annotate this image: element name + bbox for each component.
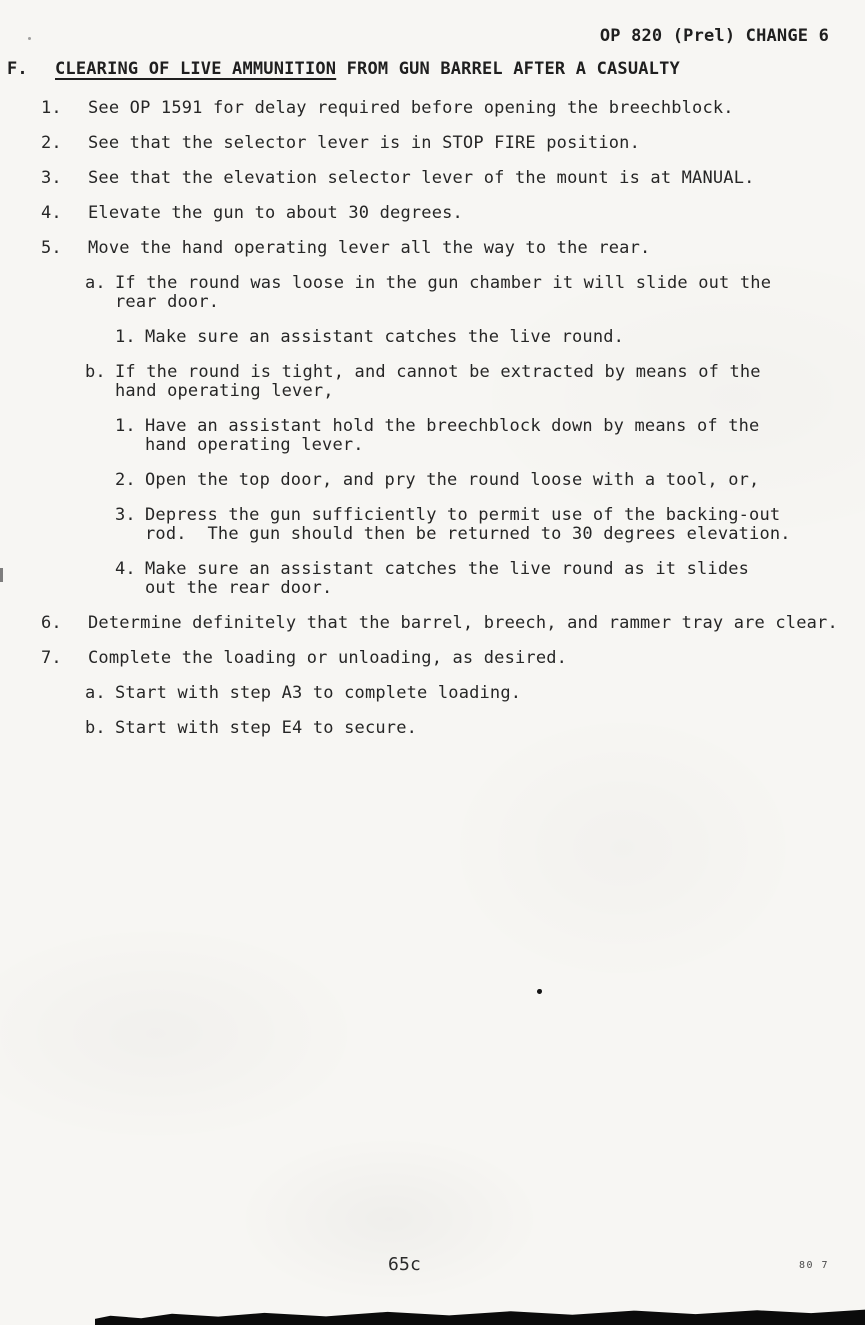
list-item-7a: a. Start with step A3 to complete loadin… — [0, 684, 865, 703]
list-item-7: 7. Complete the loading or unloading, as… — [0, 649, 865, 668]
item-number: 4. — [115, 560, 145, 579]
item-number: 2. — [41, 134, 88, 153]
list-item-5a: a. If the round was loose in the gun cha… — [0, 274, 865, 312]
list-item-5: 5. Move the hand operating lever all the… — [0, 239, 865, 258]
list-item-7b: b. Start with step E4 to secure. — [0, 719, 865, 738]
procedure-list: 1. See OP 1591 for delay required before… — [0, 99, 865, 754]
item-text: If the round is tight, and cannot be ext… — [115, 363, 761, 401]
section-heading: F. CLEARING OF LIVE AMMUNITION FROM GUN … — [7, 60, 680, 79]
bottom-scan-bar-artifact — [95, 1309, 865, 1325]
section-letter: F. — [7, 60, 55, 79]
item-text: Start with step A3 to complete loading. — [115, 684, 521, 703]
list-item-5a1: 1. Make sure an assistant catches the li… — [0, 328, 865, 347]
item-number: 2. — [115, 471, 145, 490]
item-number: 5. — [41, 239, 88, 258]
scanned-manual-page: { "header": { "doc_ref": "OP 820 (Prel) … — [0, 0, 865, 1325]
item-text: Have an assistant hold the breechblock d… — [145, 417, 759, 455]
list-item-2: 2. See that the selector lever is in STO… — [0, 134, 865, 153]
item-number: 7. — [41, 649, 88, 668]
print-code: 80 7 — [799, 1256, 829, 1275]
doc-reference: OP 820 (Prel) CHANGE 6 — [600, 27, 829, 46]
ink-dot-artifact — [537, 989, 542, 994]
item-text: Move the hand operating lever all the wa… — [88, 239, 650, 258]
list-item-1: 1. See OP 1591 for delay required before… — [0, 99, 865, 118]
list-item-5b3: 3. Depress the gun sufficiently to permi… — [0, 506, 865, 544]
item-text: See OP 1591 for delay required before op… — [88, 99, 734, 118]
item-number: 3. — [115, 506, 145, 525]
item-text: Determine definitely that the barrel, br… — [88, 614, 838, 633]
list-item-5b1: 1. Have an assistant hold the breechbloc… — [0, 417, 865, 455]
page-number: 65c — [388, 1255, 421, 1274]
item-number: 3. — [41, 169, 88, 188]
section-title: CLEARING OF LIVE AMMUNITION FROM GUN BAR… — [55, 60, 680, 79]
list-item-6: 6. Determine definitely that the barrel,… — [0, 614, 865, 633]
list-item-5b4: 4. Make sure an assistant catches the li… — [0, 560, 865, 598]
item-number: 1. — [41, 99, 88, 118]
item-text: Make sure an assistant catches the live … — [145, 560, 749, 598]
item-text: If the round was loose in the gun chambe… — [115, 274, 771, 312]
item-letter: a. — [85, 274, 115, 293]
item-text: Open the top door, and pry the round loo… — [145, 471, 759, 490]
item-letter: a. — [85, 684, 115, 703]
scan-edge-artifact — [0, 568, 3, 582]
item-text: See that the elevation selector lever of… — [88, 169, 755, 188]
item-text: Depress the gun sufficiently to permit u… — [145, 506, 791, 544]
item-number: 1. — [115, 328, 145, 347]
list-item-4: 4. Elevate the gun to about 30 degrees. — [0, 204, 865, 223]
item-text: Elevate the gun to about 30 degrees. — [88, 204, 463, 223]
list-item-5b2: 2. Open the top door, and pry the round … — [0, 471, 865, 490]
item-text: Make sure an assistant catches the live … — [145, 328, 624, 347]
item-letter: b. — [85, 719, 115, 738]
list-item-5b: b. If the round is tight, and cannot be … — [0, 363, 865, 401]
item-letter: b. — [85, 363, 115, 382]
item-number: 6. — [41, 614, 88, 633]
item-text: Complete the loading or unloading, as de… — [88, 649, 567, 668]
item-number: 4. — [41, 204, 88, 223]
scan-speck-artifact — [28, 37, 31, 40]
section-title-underlined: CLEARING OF LIVE AMMUNITION — [55, 59, 336, 79]
item-text: Start with step E4 to secure. — [115, 719, 417, 738]
item-number: 1. — [115, 417, 145, 436]
section-title-rest: FROM GUN BARREL AFTER A CASUALTY — [336, 59, 680, 79]
list-item-3: 3. See that the elevation selector lever… — [0, 169, 865, 188]
item-text: See that the selector lever is in STOP F… — [88, 134, 640, 153]
